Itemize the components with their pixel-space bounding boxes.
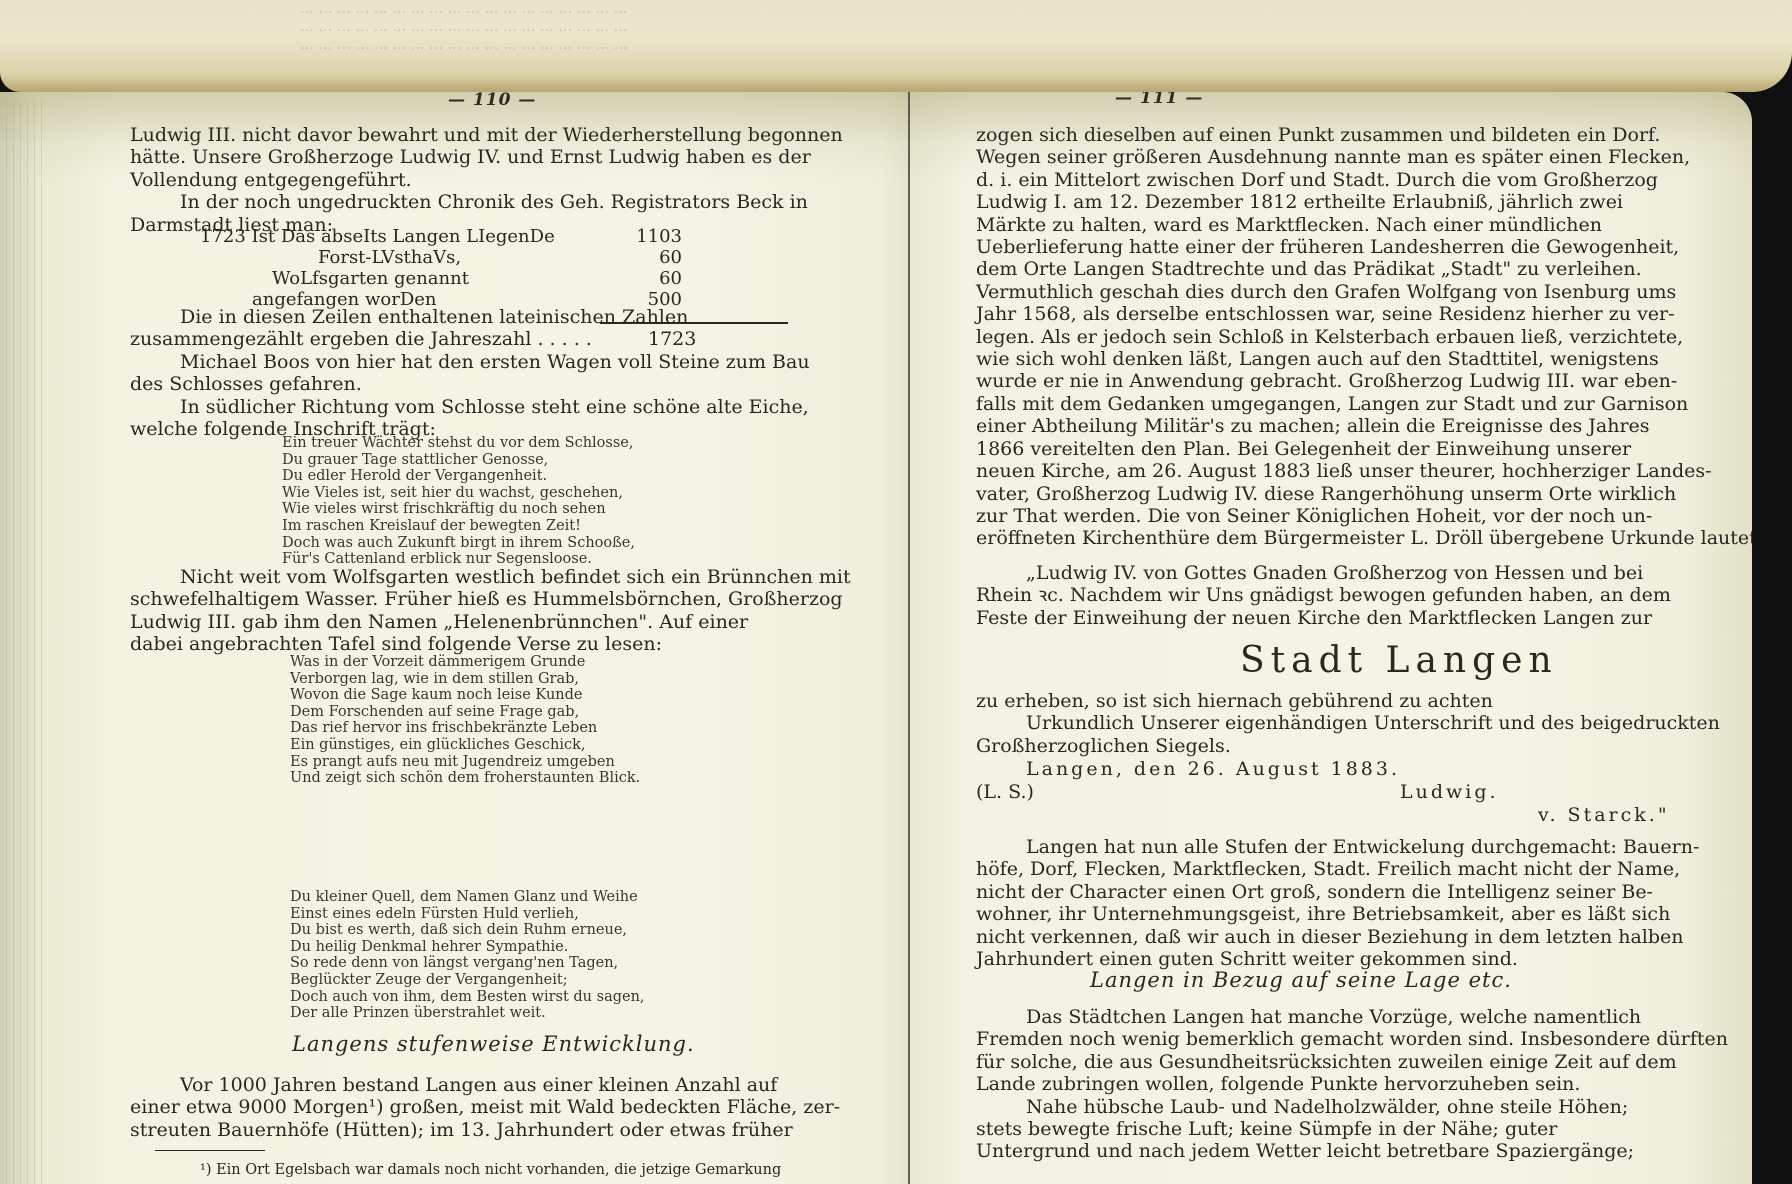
seal-mark: (L. S.) [976, 781, 1034, 803]
verse-line: Und zeigt sich schön dem froherstaunten … [290, 770, 640, 787]
verse-line: Du grauer Tage stattlicher Genosse, [282, 452, 635, 469]
text-line: zur That werden. Die von Seiner Königlic… [976, 505, 1752, 527]
section-heading: Langen in Bezug auf seine Lage etc. [1090, 968, 1512, 992]
chronogram-table: 1723 Ist Das abseIts Langen LIegenDe 110… [200, 226, 682, 310]
text-line: dabei angebrachten Tafel sind folgende V… [130, 633, 851, 655]
verse-line: Der alle Prinzen überstrahlet weit. [290, 1005, 645, 1022]
text-line: Fremden noch wenig bemerklich gemacht wo… [976, 1028, 1728, 1050]
text-line: In südlicher Richtung vom Schlosse steht… [130, 396, 810, 418]
book-spread: — 110 — Ludwig III. nicht davor bewahrt … [0, 92, 1792, 1184]
text-line: Ludwig I. am 12. Dezember 1812 ertheilte… [976, 191, 1752, 213]
text-line: nicht verkennen, daß wir auch in dieser … [976, 926, 1699, 948]
chronogram-label: Forst-LVsthaVs, [318, 247, 461, 268]
countersignature: v. Starck." [1538, 804, 1670, 826]
verse-line: Du heilig Denkmal hehrer Sympathie. [290, 939, 645, 956]
chronogram-explanation: Die in diesen Zeilen enthaltenen lateini… [130, 306, 688, 351]
text-line: falls mit dem Gedanken umgegangen, Lange… [976, 393, 1752, 415]
text-line: Untergrund und nach jedem Wetter leicht … [976, 1140, 1728, 1162]
show-through-text: … … … … … … … … … … … … … … … … … … … … … [300, 0, 1560, 54]
text-line: wurde er nie in Anwendung gebracht. Groß… [976, 370, 1752, 392]
text-line: Langen hat nun alle Stufen der Entwickel… [976, 836, 1699, 858]
text-line: Nahe hübsche Laub- und Nadelholzwälder, … [976, 1096, 1728, 1118]
text-line: 1866 vereitelten den Plan. Bei Gelegenhe… [976, 438, 1752, 460]
text-line: Feste der Einweihung der neuen Kirche de… [976, 607, 1671, 629]
text-line: wie sich wohl denken läßt, Langen auch a… [976, 348, 1752, 370]
page-edge-stack [6, 102, 46, 1184]
text-line: Ludwig III. nicht davor bewahrt und mit … [130, 124, 843, 146]
chronogram-row: Forst-LVsthaVs, 60 [200, 247, 682, 268]
verse-line: Verborgen lag, wie in dem stillen Grab, [290, 671, 640, 688]
verse-line: Du edler Herold der Vergangenheit. [282, 468, 635, 485]
signature: Ludwig. [1400, 781, 1499, 803]
text-line: vater, Großherzog Ludwig IV. diese Range… [976, 483, 1752, 505]
verse-line: Es prangt aufs neu mit Jugendreiz umgebe… [290, 754, 640, 771]
verse-line: Wovon die Sage kaum noch leise Kunde [290, 687, 640, 704]
text-line: Wegen seiner größeren Ausdehnung nannte … [976, 146, 1752, 168]
text-line: zusammengezählt ergeben die Jahreszahl .… [130, 328, 688, 350]
verse-line: Ein treuer Wächter stehst du vor dem Sch… [282, 435, 635, 452]
book-gutter [908, 92, 910, 1184]
verse-line: Ein günstiges, ein glückliches Geschick, [290, 737, 640, 754]
verse-line: Im raschen Kreislauf der bewegten Zeit! [282, 518, 635, 535]
intro-paragraph: Ludwig III. nicht davor bewahrt und mit … [130, 124, 843, 236]
verse-line: Du kleiner Quell, dem Namen Glanz und We… [290, 889, 645, 906]
decree-place-date: Langen, den 26. August 1883. [1026, 758, 1400, 780]
stages-paragraph: Langen hat nun alle Stufen der Entwickel… [976, 836, 1699, 970]
text-line: legen. Als er jedoch sein Schloß in Kels… [976, 326, 1752, 348]
text-line: zogen sich dieselben auf einen Punkt zus… [976, 124, 1752, 146]
chronogram-label: WoLfsgarten genannt [272, 268, 469, 289]
footnote: ¹) Ein Ort Egelsbach war damals noch nic… [200, 1162, 781, 1178]
text-line: Ludwig III. gab ihm den Namen „Helenenbr… [130, 611, 851, 633]
chronogram-row: WoLfsgarten genannt 60 [200, 268, 682, 289]
verse-line: Was in der Vorzeit dämmerigem Grunde [290, 654, 640, 671]
verse-line: Wie Vieles ist, seit hier du wachst, ges… [282, 485, 635, 502]
text-line: nicht der Character einen Ort groß, sond… [976, 881, 1699, 903]
verse-line: Einst eines edeln Fürsten Huld verlieh, [290, 906, 645, 923]
verse-line: Das rief hervor ins frischbekränzte Lebe… [290, 720, 640, 737]
text-line: schwefelhaltigem Wasser. Früher hieß es … [130, 588, 851, 610]
left-page: — 110 — Ludwig III. nicht davor bewahrt … [0, 92, 910, 1184]
text-line: Die in diesen Zeilen enthaltenen lateini… [130, 306, 688, 328]
verse-line: Dem Forschenden auf seine Frage gab, [290, 704, 640, 721]
text-line: hätte. Unsere Großherzoge Ludwig IV. und… [130, 146, 843, 168]
ghost-line: … … … … … … … … … … … … … … … … … … [300, 0, 1560, 18]
text-line: zu erheben, so ist sich hiernach gebühre… [976, 690, 1720, 712]
chronogram-value: 1103 [636, 226, 682, 247]
text-line: Ueberlieferung hatte einer der früheren … [976, 236, 1752, 258]
footnote-rule [155, 1150, 265, 1151]
text-line: des Schlosses gefahren. [130, 373, 810, 395]
verse-line: Wie vieles wirst frischkräftig du noch s… [282, 501, 635, 518]
text-line: Märkte zu halten, ward es Marktflecken. … [976, 214, 1752, 236]
spring-poem-stanza-2: Du kleiner Quell, dem Namen Glanz und We… [290, 889, 645, 1022]
text-line: wohner, ihr Unternehmungsgeist, ihre Bet… [976, 903, 1699, 925]
history-paragraph: zogen sich dieselben auf einen Punkt zus… [976, 124, 1752, 550]
location-paragraph: Das Städtchen Langen hat manche Vorzüge,… [976, 1006, 1728, 1163]
ghost-line: … … … … … … … … … … … … … … … … … … [300, 18, 1560, 36]
verse-line: Du bist es werth, daß sich dein Ruhm ern… [290, 922, 645, 939]
sum-rule [600, 322, 788, 324]
text-line: Jahr 1568, als derselbe entschlossen war… [976, 303, 1752, 325]
chronogram-value: 60 [659, 247, 682, 268]
text-line: einer etwa 9000 Morgen¹) großen, meist m… [130, 1096, 840, 1118]
text-line: Lande zubringen wollen, folgende Punkte … [976, 1073, 1728, 1095]
verse-line: So rede denn von längst vergang'nen Tage… [290, 955, 645, 972]
section-heading: Langens stufenweise Entwicklung. [292, 1032, 695, 1056]
text-line: Vermuthlich geschah dies durch den Grafe… [976, 281, 1752, 303]
text-line: eröffneten Kirchenthüre dem Bürgermeiste… [976, 527, 1752, 549]
ghost-line: … … … … … … … … … … … … … … … … … … [300, 36, 1560, 54]
development-paragraph: Vor 1000 Jahren bestand Langen aus einer… [130, 1074, 840, 1141]
chronogram-label: 1723 Ist Das abseIts Langen LIegenDe [200, 226, 555, 247]
text-line: dem Orte Langen Stadtrechte und das Präd… [976, 258, 1752, 280]
page-number: — 111 — [1115, 92, 1203, 108]
text-line: neuen Kirche, am 26. August 1883 ließ un… [976, 460, 1752, 482]
right-page: — 111 — zogen sich dieselben auf einen P… [910, 92, 1752, 1184]
total-value: 1723 [648, 328, 696, 350]
text-line: Urkundlich Unserer eigenhändigen Untersc… [976, 712, 1720, 734]
text-line: Vor 1000 Jahren bestand Langen aus einer… [130, 1074, 840, 1096]
text-line: für solche, die aus Gesundheitsrücksicht… [976, 1051, 1728, 1073]
chronogram-row: 1723 Ist Das abseIts Langen LIegenDe 110… [200, 226, 682, 247]
text-line: Rhein ꝛc. Nachdem wir Uns gnädigst bewog… [976, 584, 1671, 606]
text-line: stets bewegte frische Luft; keine Sümpfe… [976, 1118, 1728, 1140]
boos-paragraph: Michael Boos von hier hat den ersten Wag… [130, 351, 810, 441]
chronogram-total: 1723 [648, 328, 696, 350]
verse-line: Doch auch von ihm, dem Besten wirst du s… [290, 989, 645, 1006]
spring-poem-stanza-1: Was in der Vorzeit dämmerigem Grunde Ver… [290, 654, 640, 787]
text-line: Vollendung entgegengeführt. [130, 169, 843, 191]
text-line: höfe, Dorf, Flecken, Marktflecken, Stadt… [976, 858, 1699, 880]
verse-line: Doch was auch Zukunft birgt in ihrem Sch… [282, 535, 635, 552]
decree-closing: zu erheben, so ist sich hiernach gebühre… [976, 690, 1720, 757]
spring-paragraph: Nicht weit vom Wolfsgarten westlich befi… [130, 566, 851, 656]
chronogram-value: 60 [659, 268, 682, 289]
text-line: d. i. ein Mittelort zwischen Dorf und St… [976, 169, 1752, 191]
text-line: In der noch ungedruckten Chronik des Geh… [130, 191, 843, 213]
decree-title: Stadt Langen [1240, 640, 1558, 681]
text-line: Nicht weit vom Wolfsgarten westlich befi… [130, 566, 851, 588]
oak-inscription-poem: Ein treuer Wächter stehst du vor dem Sch… [282, 435, 635, 568]
text-line: Das Städtchen Langen hat manche Vorzüge,… [976, 1006, 1728, 1028]
text-line: streuten Bauernhöfe (Hütten); im 13. Jah… [130, 1119, 840, 1141]
page-number: — 110 — [448, 92, 536, 110]
text-line: Michael Boos von hier hat den ersten Wag… [130, 351, 810, 373]
text-line: einer Abtheilung Militär's zu machen; al… [976, 415, 1752, 437]
previous-page-fold: … … … … … … … … … … … … … … … … … … … … … [0, 0, 1792, 92]
verse-line: Beglückter Zeuge der Vergangenheit; [290, 972, 645, 989]
text-line: Großherzoglichen Siegels. [976, 735, 1720, 757]
text-line: „Ludwig IV. von Gottes Gnaden Großherzog… [976, 562, 1671, 584]
decree-text: „Ludwig IV. von Gottes Gnaden Großherzog… [976, 562, 1671, 629]
